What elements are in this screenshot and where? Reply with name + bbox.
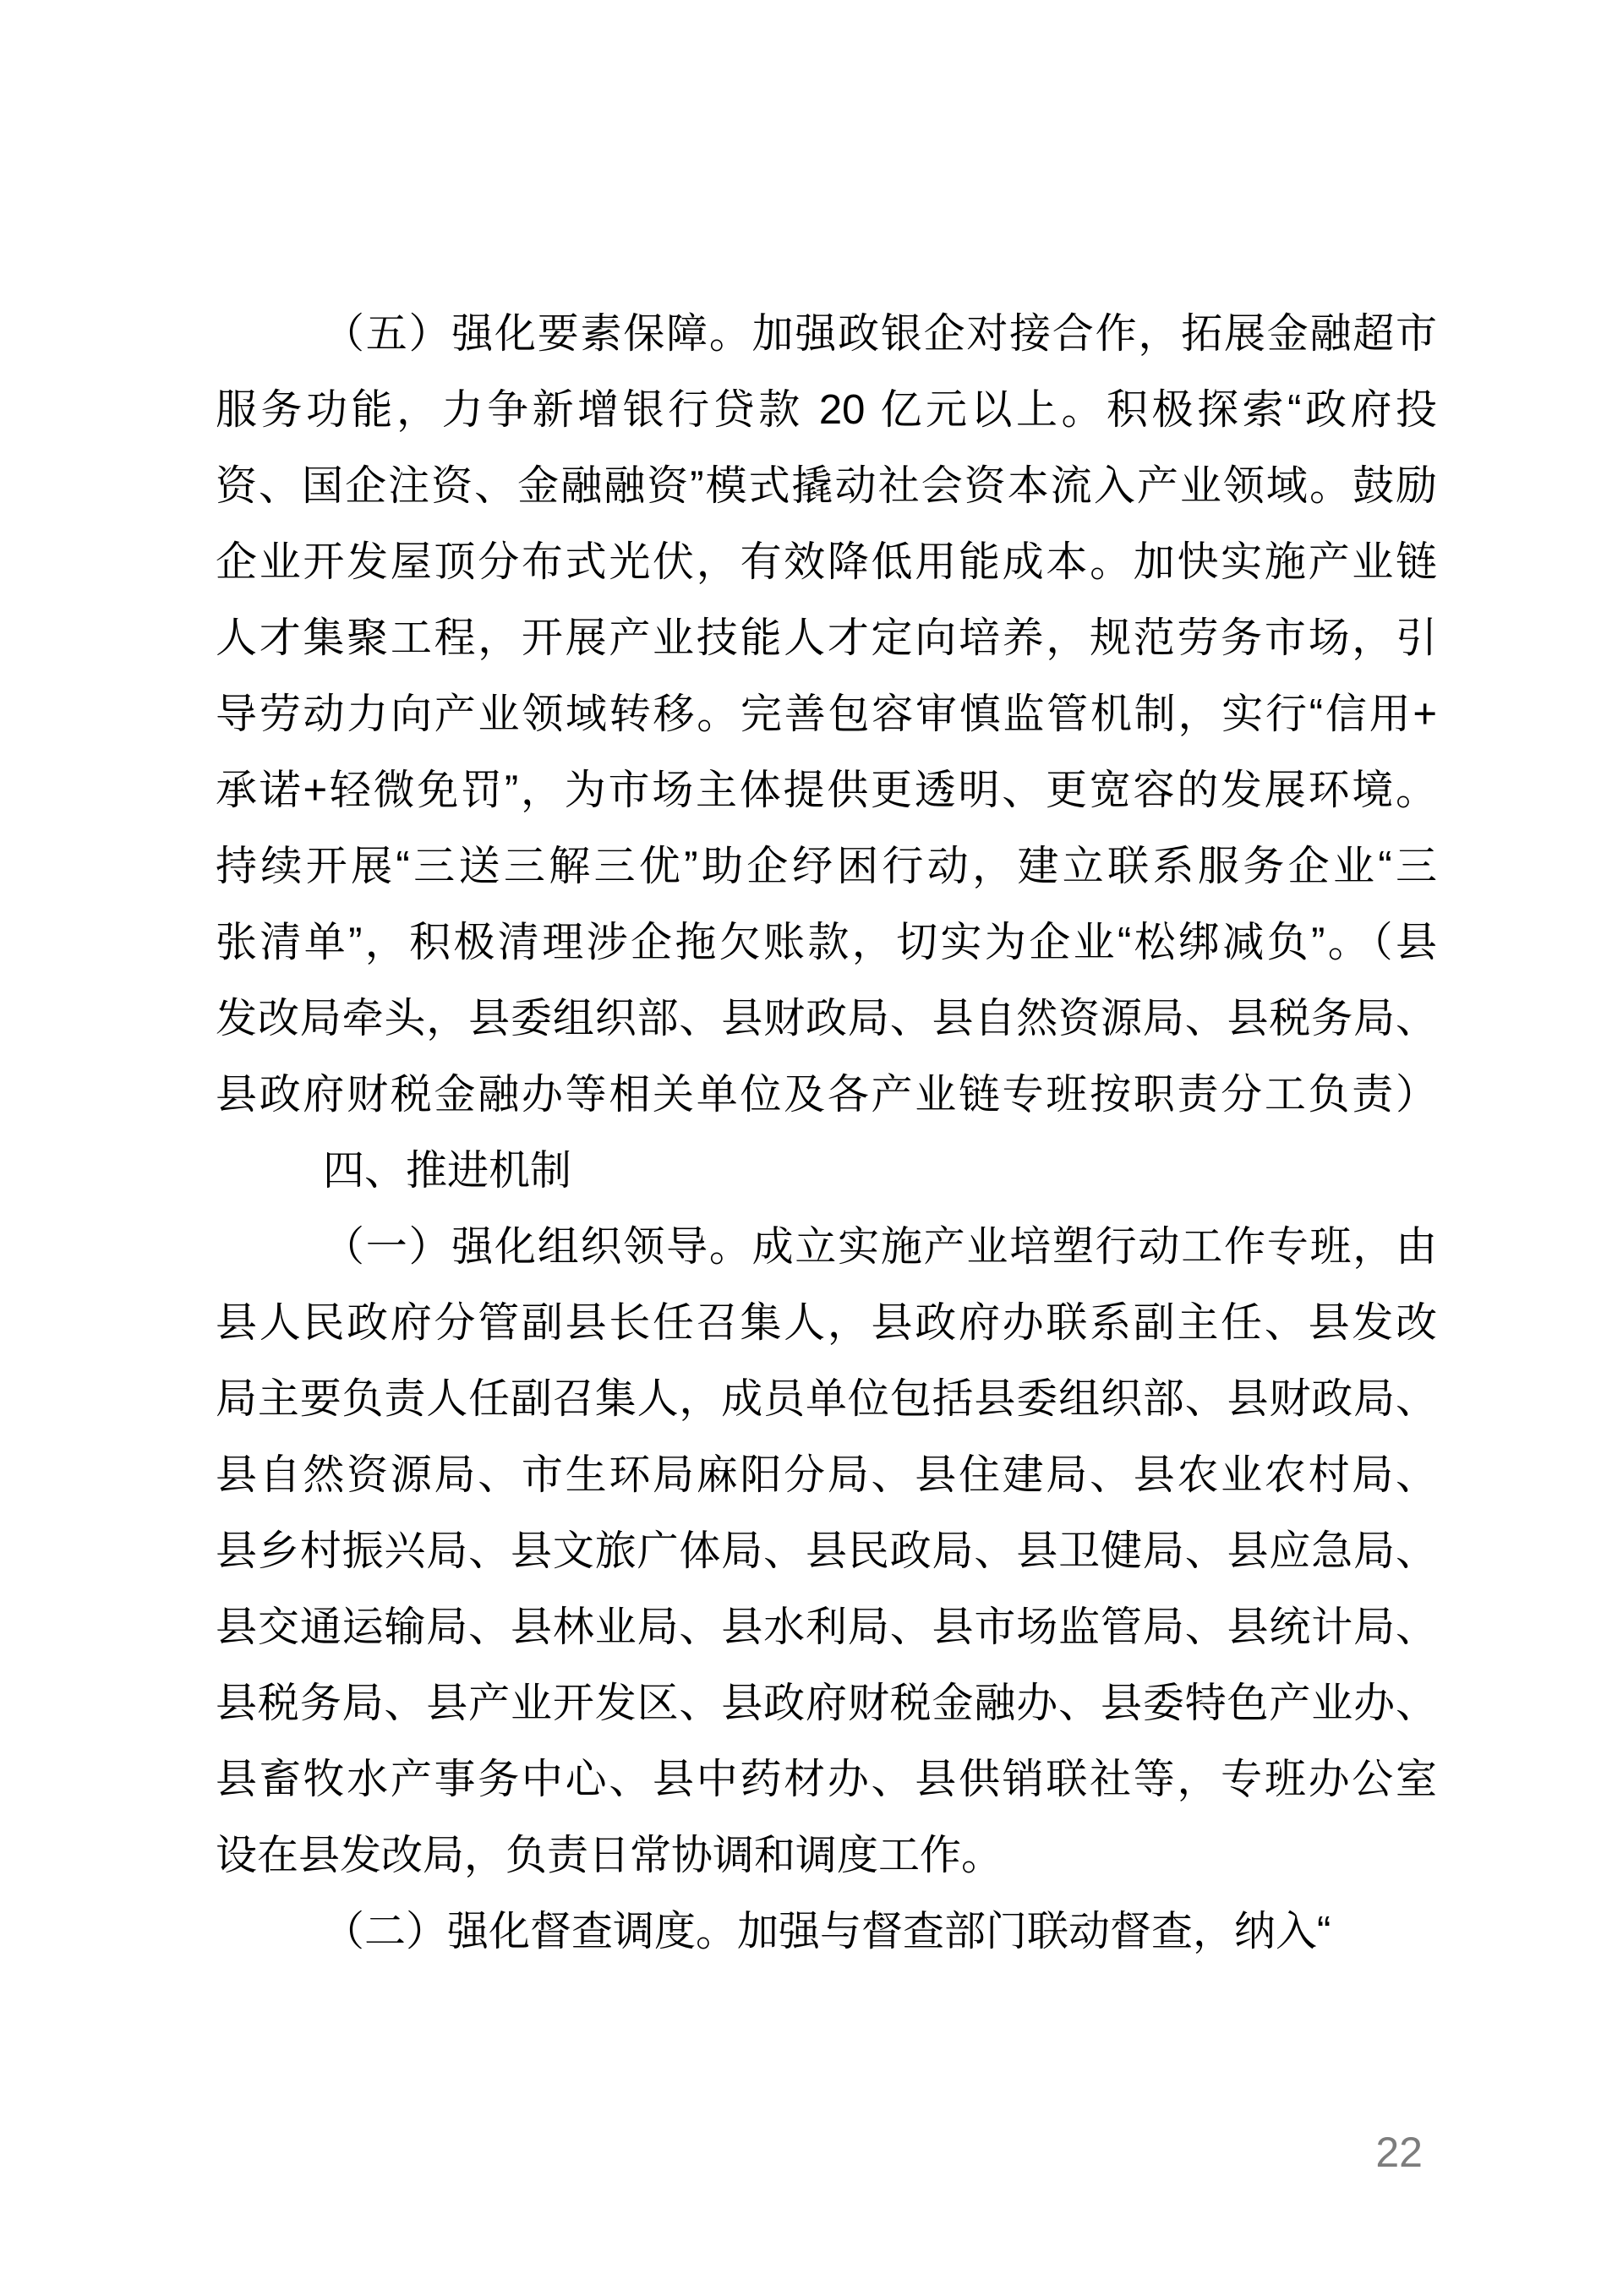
text-line: 县自然资源局、市生环局麻阳分局、县住建局、县农业农村局、: [216, 1437, 1437, 1513]
text-line: 服务功能，力争新增银行贷款 20 亿元以上。积极探索“政府投: [216, 372, 1437, 448]
text-line: 承诺+轻微免罚”，为市场主体提供更透明、更宽容的发展环境。: [216, 752, 1437, 828]
text-line: 县交通运输局、县林业局、县水利局、县市场监管局、县统计局、: [216, 1589, 1437, 1665]
page-number: 22: [216, 2129, 1423, 2176]
text-line: 持续开展“三送三解三优”助企纾困行动，建立联系服务企业“三: [216, 828, 1437, 905]
text-line: 企业开发屋顶分布式光伏，有效降低用能成本。加快实施产业链: [216, 524, 1437, 600]
document-page: （五）强化要素保障。加强政银企对接合作，拓展金融超市服务功能，力争新增银行贷款 …: [0, 0, 1623, 2296]
text-line: 资、国企注资、金融融资”模式撬动社会资本流入产业领域。鼓励: [216, 448, 1437, 524]
section-heading: 四、推进机制: [216, 1133, 1437, 1209]
text-line: 局主要负责人任副召集人，成员单位包括县委组织部、县财政局、: [216, 1361, 1437, 1437]
text-line: （一）强化组织领导。成立实施产业培塑行动工作专班，由: [216, 1209, 1437, 1285]
text-line: 张清单”，积极清理涉企拖欠账款，切实为企业“松绑减负”。（县: [216, 905, 1437, 981]
text-line: 县政府财税金融办等相关单位及各产业链专班按职责分工负责）: [216, 1057, 1437, 1133]
text-line: 县税务局、县产业开发区、县政府财税金融办、县委特色产业办、: [216, 1665, 1437, 1741]
text-line: 发改局牵头，县委组织部、县财政局、县自然资源局、县税务局、: [216, 981, 1437, 1057]
text-line: 县人民政府分管副县长任召集人，县政府办联系副主任、县发改: [216, 1285, 1437, 1361]
text-line: （五）强化要素保障。加强政银企对接合作，拓展金融超市: [216, 296, 1437, 372]
text-line: 县乡村振兴局、县文旅广体局、县民政局、县卫健局、县应急局、: [216, 1513, 1437, 1589]
text-line: 导劳动力向产业领域转移。完善包容审慎监管机制，实行“信用+: [216, 676, 1437, 752]
text-line: 县畜牧水产事务中心、县中药材办、县供销联社等，专班办公室: [216, 1741, 1437, 1818]
text-line: 人才集聚工程，开展产业技能人才定向培养，规范劳务市场，引: [216, 600, 1437, 676]
document-body: （五）强化要素保障。加强政银企对接合作，拓展金融超市服务功能，力争新增银行贷款 …: [216, 296, 1437, 1970]
text-line: （二）强化督查调度。加强与督查部门联动督查，纳入“: [216, 1894, 1437, 1970]
text-line: 设在县发改局，负责日常协调和调度工作。: [216, 1818, 1437, 1894]
